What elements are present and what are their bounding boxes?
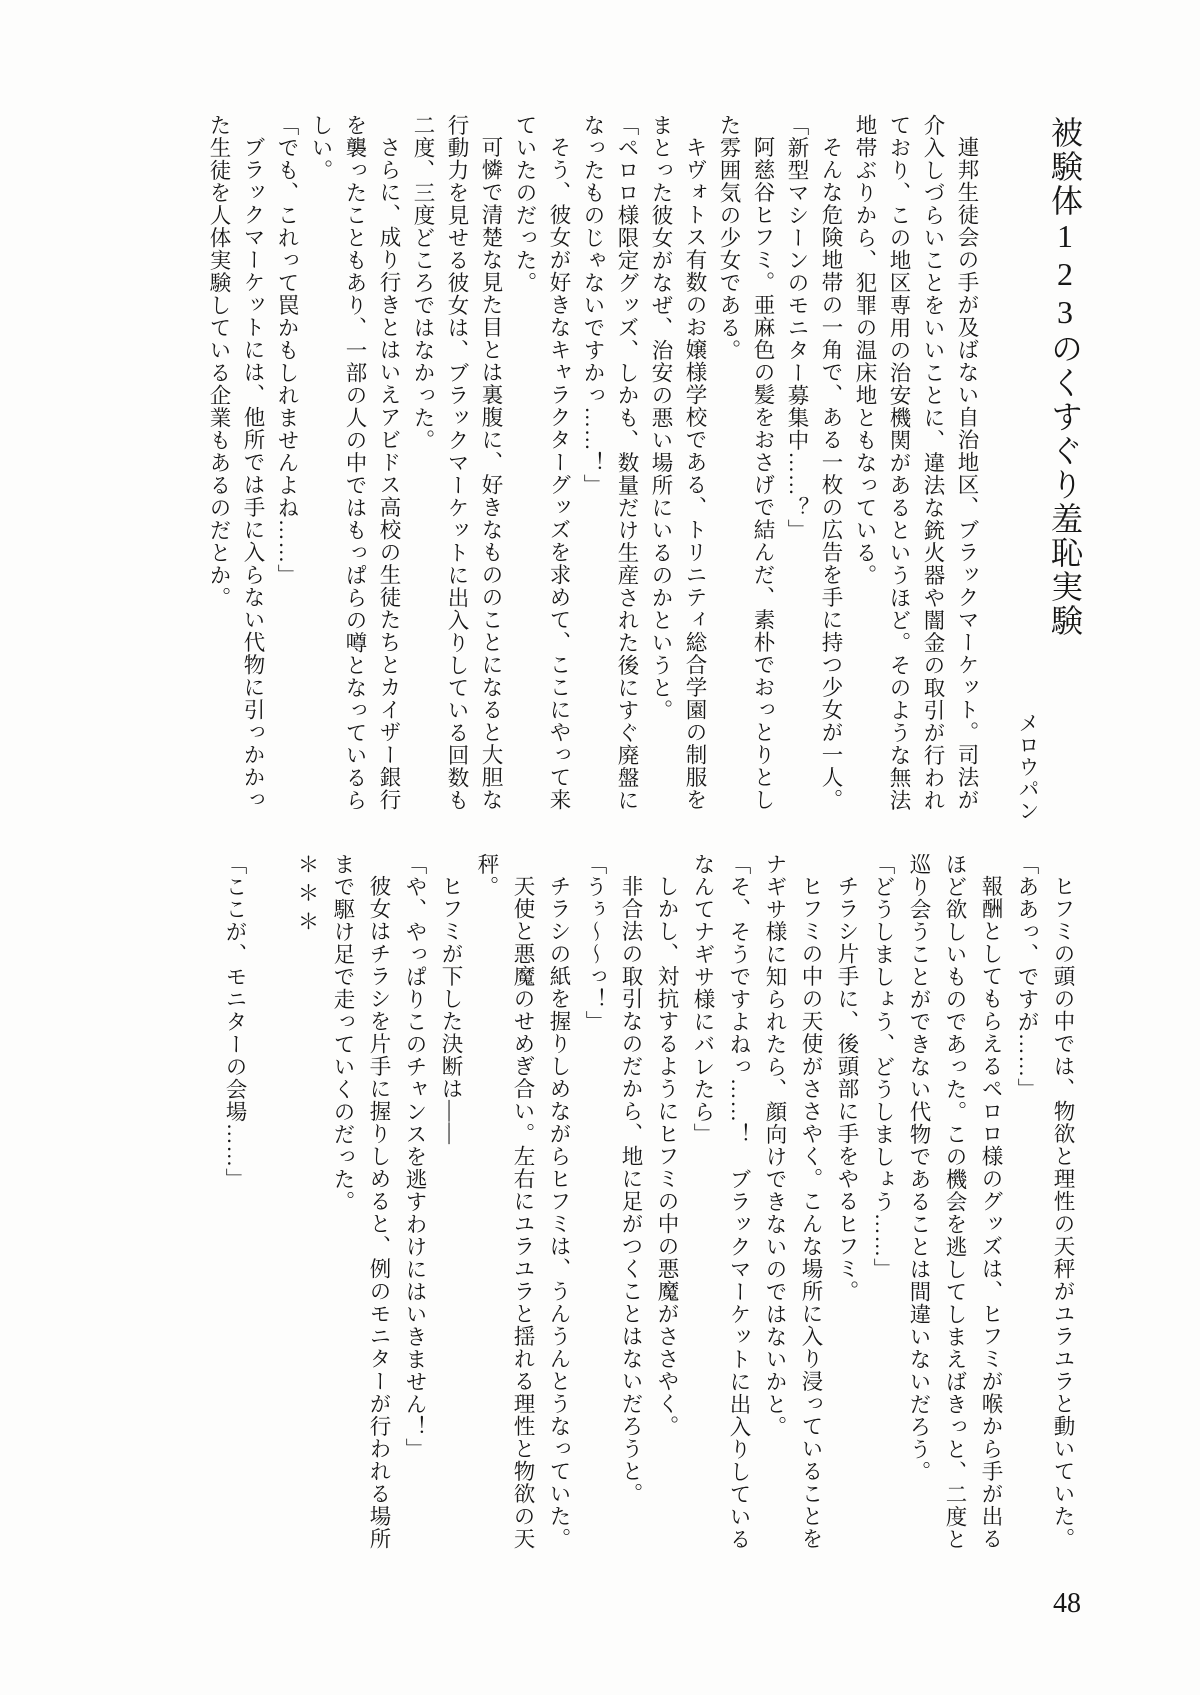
- text-line: た生徒を人体実験している企業もあるのだとか。: [198, 114, 232, 824]
- text-line: 彼女はチラシを片手に握りしめると、例のモニターが行われる場所: [356, 853, 392, 1563]
- text-line: 介入しづらいことをいいことに、違法な銃火器や闇金の取引が行われ: [912, 114, 946, 824]
- text-line: チラシ片手に、後頭部に手をやるヒフミ。: [824, 853, 860, 1563]
- text-line: ていたのだった。: [504, 114, 538, 824]
- title-digits: 123: [1047, 218, 1083, 332]
- text-line: 地帯ぶりから、犯罪の温床地ともなっている。: [844, 114, 878, 824]
- text-line: 天使と悪魔のせめぎ合い。左右にユラユラと揺れる理性と物欲の天: [500, 853, 536, 1563]
- text-line: 巡り会うことができない代物であることは間違いないだろう。: [896, 853, 932, 1563]
- text-line: ブラックマーケットには、他所では手に入らない代物に引っかかっ: [232, 114, 266, 824]
- body-section-1: 連邦生徒会の手が及ばない自治地区、ブラックマーケット。司法が介入しづらいことをい…: [198, 114, 980, 824]
- text-line: ほど欲しいものであった。この機会を逃してしまえばきっと、二度と: [932, 853, 968, 1563]
- text-line: さらに、成り行きとはいえアビドス高校の生徒たちとカイザー銀行: [368, 114, 402, 824]
- page-title: 被験体123のくすぐり羞恥実験: [1042, 116, 1088, 716]
- body-section-2: ヒフミの頭の中では、物欲と理性の天秤がユラユラと動いていた。「ああっ、ですが………: [212, 853, 1076, 1563]
- text-line: 「ここが、モニターの会場……」: [212, 853, 248, 1563]
- text-line: そう、彼女が好きなキャラクターグッズを求めて、ここにやって来: [538, 114, 572, 824]
- text-line: 連邦生徒会の手が及ばない自治地区、ブラックマーケット。司法が: [946, 114, 980, 824]
- text-line: 「や、やっぱりこのチャンスを逃すわけにはいきません！」: [392, 853, 428, 1563]
- text-line: 「そ、そうですよねっ……！ ブラックマーケットに出入りしている: [716, 853, 752, 1563]
- text-line: 「どうしましょう、どうしましょう……」: [860, 853, 896, 1563]
- text-line: ナギサ様に知られたら、顔向けできないのではないかと。: [752, 853, 788, 1563]
- text-line: まで駆け足で走っていくのだった。: [320, 853, 356, 1563]
- text-line: [248, 853, 284, 1563]
- text-line: キヴォトス有数のお嬢様学校である、トリニティ総合学園の制服を: [674, 114, 708, 824]
- title-text-post: のくすぐり羞恥実験: [1047, 332, 1083, 638]
- text-line: 報酬としてもらえるペロロ様のグッズは、ヒフミが喉から手が出る: [968, 853, 1004, 1563]
- text-line: そんな危険地帯の一角で、ある一枚の広告を手に持つ少女が一人。: [810, 114, 844, 824]
- text-line: 二度、三度どころではなかった。: [402, 114, 436, 824]
- title-text-pre: 被験体: [1047, 116, 1083, 218]
- text-line: ヒフミの頭の中では、物欲と理性の天秤がユラユラと動いていた。: [1040, 853, 1076, 1563]
- text-line: なったものじゃないですかっ……！」: [572, 114, 606, 824]
- text-line: た雰囲気の少女である。: [708, 114, 742, 824]
- text-line: しい。: [300, 114, 334, 824]
- text-line: ＊＊＊: [284, 853, 320, 1563]
- text-line: チラシの紙を握りしめながらヒフミは、うんうんとうなっていた。: [536, 853, 572, 1563]
- text-line: 「ペロロ様限定グッズ、しかも、数量だけ生産された後にすぐ廃盤に: [606, 114, 640, 824]
- text-line: ヒフミの中の天使がささやく。こんな場所に入り浸っていることを: [788, 853, 824, 1563]
- text-line: しかし、対抗するようにヒフミの中の悪魔がささやく。: [644, 853, 680, 1563]
- text-line: 秤。: [464, 853, 500, 1563]
- text-line: 「ああっ、ですが……」: [1004, 853, 1040, 1563]
- text-line: 行動力を見せる彼女は、ブラックマーケットに出入りしている回数も: [436, 114, 470, 824]
- text-line: ており、この地区専用の治安機関があるというほど。そのような無法: [878, 114, 912, 824]
- document-page: 被験体123のくすぐり羞恥実験 メロウパン 連邦生徒会の手が及ばない自治地区、ブ…: [0, 0, 1200, 1695]
- text-line: まとった彼女がなぜ、治安の悪い場所にいるのかというと。: [640, 114, 674, 824]
- text-line: ヒフミが下した決断は――: [428, 853, 464, 1563]
- page-number: 48: [1053, 1588, 1081, 1620]
- text-line: 非合法の取引なのだから、地に足がつくことはないだろうと。: [608, 853, 644, 1563]
- text-line: 「うぅ～～っ！」: [572, 853, 608, 1563]
- text-line: 「でも、これって罠かもしれませんよね……」: [266, 114, 300, 824]
- text-line: 可憐で清楚な見た目とは裏腹に、好きなもののことになると大胆な: [470, 114, 504, 824]
- text-line: 阿慈谷ヒフミ。亜麻色の髪をおさげで結んだ、素朴でおっとりとし: [742, 114, 776, 824]
- text-line: 「新型マシーンのモニター募集中……？」: [776, 114, 810, 824]
- text-line: を襲ったこともあり、一部の人の中ではもっぱらの噂となっているら: [334, 114, 368, 824]
- text-line: なんてナギサ様にバレたら」: [680, 853, 716, 1563]
